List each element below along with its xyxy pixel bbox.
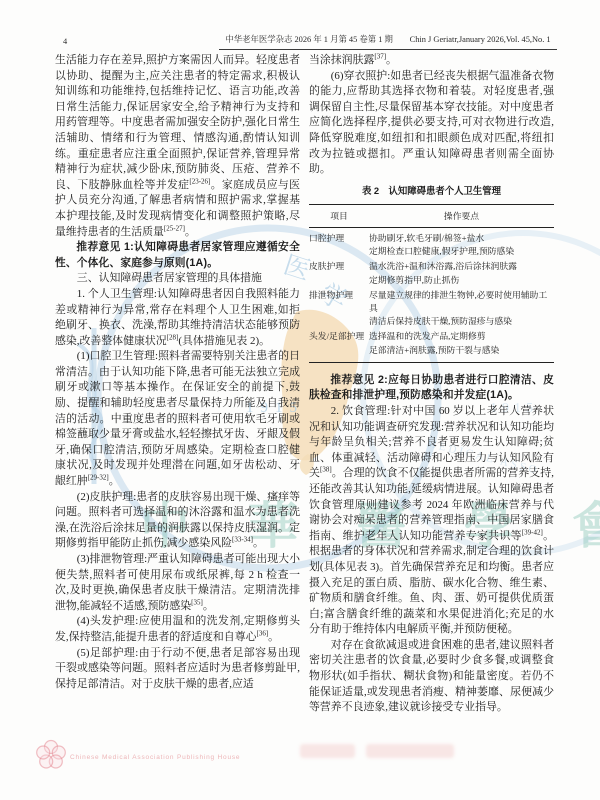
table-2-grid: 项目 操作要点 口腔护理 协助刷牙,软毛牙刷/棉签+盐水 定期检查口腔健康,假牙… <box>309 204 554 363</box>
paragraph-foot-care-cont: 当涂抹润肤露[37]。 <box>309 53 554 69</box>
table-2: 表 2 认知障碍患者个人卫生管理 项目 操作要点 口腔护理 协助刷牙,软毛牙刷/… <box>309 184 554 363</box>
table-row: 排泄物护理 尽量建立规律的排泄生物钟,必要时使用辅助工具 清洁后保持皮肤干燥,预… <box>309 288 554 330</box>
row-points: 协助刷牙,软毛牙刷/棉签+盐水 定期检查口腔健康,假牙护理,预防感染 <box>369 232 554 258</box>
journal-page: 医 学 1915 1915 MEDICAL ASSO 中華醫學會 Chinese… <box>0 0 600 800</box>
section-heading-home-management: 三、认知障碍患者居家管理的具体措施 <box>55 271 300 287</box>
point: 清洁后保持皮肤干燥,预防湿疹与感染 <box>369 315 554 328</box>
recommendation-2: 推荐意见 2:应每日协助患者进行口腔清洁、皮肤检查和排泄护理,预防感染和并发症(… <box>309 373 554 404</box>
point: 尽量建立规律的排泄生物钟,必要时使用辅助工具 <box>369 289 554 315</box>
point: 协助刷牙,软毛牙刷/棉签+盐水 <box>369 232 554 245</box>
paragraph-foot-care: (5)足部护理:由于行动不便,患者足部容易出现干裂或感染等问题。照料者应适时为患… <box>55 646 300 693</box>
row-points: 温水洗浴+温和沐浴露,浴后涂抹润肤露 定期修剪指甲,防止抓伤 <box>369 260 554 286</box>
table-2-caption: 表 2 认知障碍患者个人卫生管理 <box>309 184 554 198</box>
red-watermark-blur <box>366 744 454 758</box>
row-points: 选择温和的洗发产品,定期修剪 足部清洁+润肤露,预防干裂与感染 <box>369 330 554 356</box>
point: 足部清洁+润肤露,预防干裂与感染 <box>369 344 554 357</box>
red-watermark-blur <box>300 744 355 758</box>
page-header: 4 中华老年医学杂志 2026 年 1 月第 45 卷第 1 期 Chin J … <box>55 33 557 50</box>
article-body: 生活能力存在差异,照护方案需因人而异。轻度患者以协助、提醒为主,应关注患者的特定… <box>55 53 554 716</box>
table-row: 口腔护理 协助刷牙,软毛牙刷/棉签+盐水 定期检查口腔健康,假牙护理,预防感染 <box>309 231 554 259</box>
column-header-item: 项目 <box>309 210 369 223</box>
point: 定期检查口腔健康,假牙护理,预防感染 <box>369 245 554 258</box>
table-2-header-row: 项目 操作要点 <box>309 205 554 228</box>
point: 温水洗浴+温和沐浴露,浴后涂抹润肤露 <box>369 260 554 273</box>
row-item: 头发/足部护理 <box>309 330 369 356</box>
paragraph-oral-hygiene: (1)口腔卫生管理:照料者需要特别关注患者的日常清洁。由于认知功能下降,患者可能… <box>55 349 300 489</box>
table-row: 皮肤护理 温水洗浴+温和沐浴露,浴后涂抹润肤露 定期修剪指甲,防止抓伤 <box>309 259 554 287</box>
paragraph-diet-management: 2. 饮食管理:针对中国 60 岁以上老年人营养状况和认知功能调查研究发现:营养… <box>309 404 554 638</box>
paragraph-excretion-management: (3)排泄物管理:严重认知障碍患者可能出现大小便失禁,照料者可使用尿布或纸尿裤,… <box>55 552 300 614</box>
row-item: 口腔护理 <box>309 232 369 258</box>
paragraph-appetite-advice: 对存在食欲减退或进食困难的患者,建议照料者密切关注患者的饮食量,必要时少食多餐,… <box>309 638 554 716</box>
plum-blossom-icon <box>37 741 66 769</box>
paragraph-skin-care: (2)皮肤护理:患者的皮肤容易出现干燥、瘙痒等问题。照料者可选择温和的沐浴露和温… <box>55 490 300 552</box>
publisher-watermark: Chinese Medical Association Publishing H… <box>70 754 240 761</box>
row-item: 皮肤护理 <box>309 260 369 286</box>
table-2-body: 口腔护理 协助刷牙,软毛牙刷/棉签+盐水 定期检查口腔健康,假牙护理,预防感染 … <box>309 228 554 362</box>
recommendation-1: 推荐意见 1:认知障碍患者居家管理应遵循安全性、个体化、家庭参与原则(1A)。 <box>55 240 300 271</box>
paragraph-hair-care: (4)头发护理:应使用温和的洗发剂,定期修剪头发,保持整洁,能提升患者的舒适度和… <box>55 614 300 645</box>
paragraph-dressing-care: (6)穿衣照护:如患者已经丧失根据气温准备衣物的能力,应帮助其选择衣物和着装。对… <box>309 69 554 178</box>
table-row: 头发/足部护理 选择温和的洗发产品,定期修剪 足部清洁+润肤露,预防干裂与感染 <box>309 329 554 357</box>
point: 定期修剪指甲,防止抓伤 <box>369 274 554 287</box>
row-item: 排泄物护理 <box>309 289 369 329</box>
left-column: 生活能力存在差异,照护方案需因人而异。轻度患者以协助、提醒为主,应关注患者的特定… <box>55 53 300 716</box>
paragraph-personal-hygiene: 1. 个人卫生管理:认知障碍患者因自我照料能力差或精神行为异常,常存在料理个人卫… <box>55 287 300 349</box>
column-header-points: 操作要点 <box>369 210 554 223</box>
row-points: 尽量建立规律的排泄生物钟,必要时使用辅助工具 清洁后保持皮肤干燥,预防湿疹与感染 <box>369 289 554 329</box>
page-number: 4 <box>63 37 67 50</box>
paragraph-care-by-severity: 生活能力存在差异,照护方案需因人而异。轻度患者以协助、提醒为主,应关注患者的特定… <box>55 53 300 240</box>
right-column: 当涂抹润肤露[37]。 (6)穿衣照护:如患者已经丧失根据气温准备衣物的能力,应… <box>309 53 554 716</box>
journal-title-line: 中华老年医学杂志 2026 年 1 月第 45 卷第 1 期 Chin J Ge… <box>219 33 557 50</box>
point: 选择温和的洗发产品,定期修剪 <box>369 330 554 343</box>
